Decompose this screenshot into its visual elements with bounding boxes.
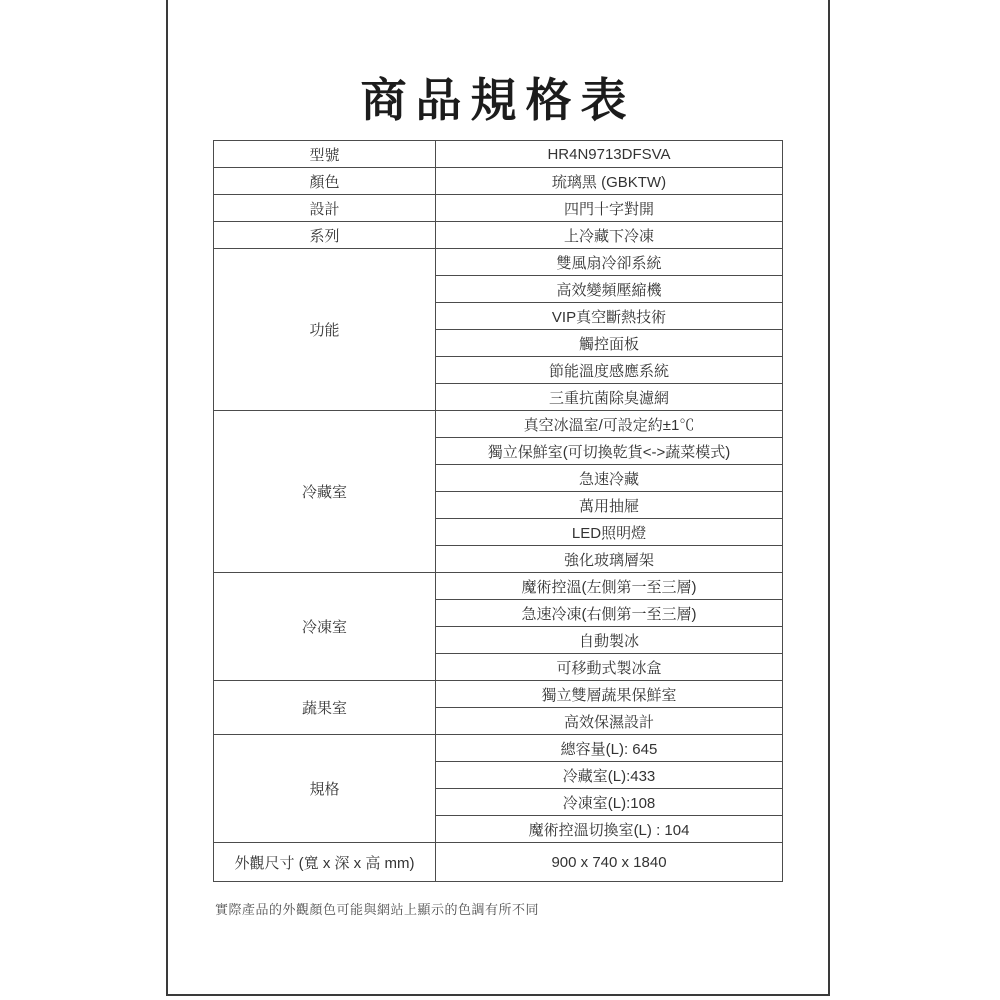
value-model: HR4N9713DFSVA — [436, 141, 783, 168]
table-row: 功能 雙風扇冷卻系統 — [214, 249, 783, 276]
value-function: 雙風扇冷卻系統 — [436, 249, 783, 276]
value-fridge-feature: 獨立保鮮室(可切換乾貨<->蔬菜模式) — [436, 438, 783, 465]
value-color: 琉璃黑 (GBKTW) — [436, 168, 783, 195]
table-row: 顏色 琉璃黑 (GBKTW) — [214, 168, 783, 195]
value-function: 高效變頻壓縮機 — [436, 276, 783, 303]
label-color: 顏色 — [214, 168, 436, 195]
spec-table: 型號 HR4N9713DFSVA 顏色 琉璃黑 (GBKTW) 設計 四門十字對… — [213, 140, 783, 882]
value-function: 節能溫度感應系統 — [436, 357, 783, 384]
table-row: 蔬果室 獨立雙層蔬果保鮮室 — [214, 681, 783, 708]
color-disclaimer-note: 實際產品的外觀顏色可能與網站上顯示的色調有所不同 — [215, 899, 828, 918]
value-freezer-feature: 自動製冰 — [436, 627, 783, 654]
value-function: VIP真空斷熱技術 — [436, 303, 783, 330]
value-fridge-feature: 急速冷藏 — [436, 465, 783, 492]
value-spec-capacity: 冷凍室(L):108 — [436, 789, 783, 816]
value-freezer-feature: 急速冷凍(右側第一至三層) — [436, 600, 783, 627]
label-fridge-compartment: 冷藏室 — [214, 411, 436, 573]
value-freezer-feature: 可移動式製冰盒 — [436, 654, 783, 681]
label-dimensions: 外觀尺寸 (寬 x 深 x 高 mm) — [214, 843, 436, 882]
label-functions: 功能 — [214, 249, 436, 411]
value-spec-capacity: 冷藏室(L):433 — [436, 762, 783, 789]
table-row: 冷藏室 真空冰溫室/可設定約±1℃ — [214, 411, 783, 438]
value-spec-capacity: 總容量(L): 645 — [436, 735, 783, 762]
value-freezer-feature: 魔術控溫(左側第一至三層) — [436, 573, 783, 600]
value-fridge-feature: 強化玻璃層架 — [436, 546, 783, 573]
page-canvas: 商品規格表 型號 HR4N9713DFSVA 顏色 琉璃黑 (GBKTW) 設計… — [0, 0, 1000, 1000]
value-vegetable-feature: 高效保濕設計 — [436, 708, 783, 735]
label-specs: 規格 — [214, 735, 436, 843]
value-series: 上冷藏下冷凍 — [436, 222, 783, 249]
value-design: 四門十字對開 — [436, 195, 783, 222]
value-function: 觸控面板 — [436, 330, 783, 357]
table-row: 型號 HR4N9713DFSVA — [214, 141, 783, 168]
label-series: 系列 — [214, 222, 436, 249]
table-row: 冷凍室 魔術控溫(左側第一至三層) — [214, 573, 783, 600]
value-fridge-feature: 真空冰溫室/可設定約±1℃ — [436, 411, 783, 438]
spec-sheet-frame: 商品規格表 型號 HR4N9713DFSVA 顏色 琉璃黑 (GBKTW) 設計… — [166, 0, 830, 996]
table-row: 系列 上冷藏下冷凍 — [214, 222, 783, 249]
value-function: 三重抗菌除臭濾網 — [436, 384, 783, 411]
value-fridge-feature: 萬用抽屜 — [436, 492, 783, 519]
label-vegetable-compartment: 蔬果室 — [214, 681, 436, 735]
label-design: 設計 — [214, 195, 436, 222]
value-fridge-feature: LED照明燈 — [436, 519, 783, 546]
table-row: 規格 總容量(L): 645 — [214, 735, 783, 762]
label-model: 型號 — [214, 141, 436, 168]
value-spec-capacity: 魔術控溫切換室(L) : 104 — [436, 816, 783, 843]
value-dimensions: 900 x 740 x 1840 — [436, 843, 783, 882]
table-row: 外觀尺寸 (寬 x 深 x 高 mm) 900 x 740 x 1840 — [214, 843, 783, 882]
page-title: 商品規格表 — [168, 70, 828, 130]
value-vegetable-feature: 獨立雙層蔬果保鮮室 — [436, 681, 783, 708]
label-freezer-compartment: 冷凍室 — [214, 573, 436, 681]
table-row: 設計 四門十字對開 — [214, 195, 783, 222]
